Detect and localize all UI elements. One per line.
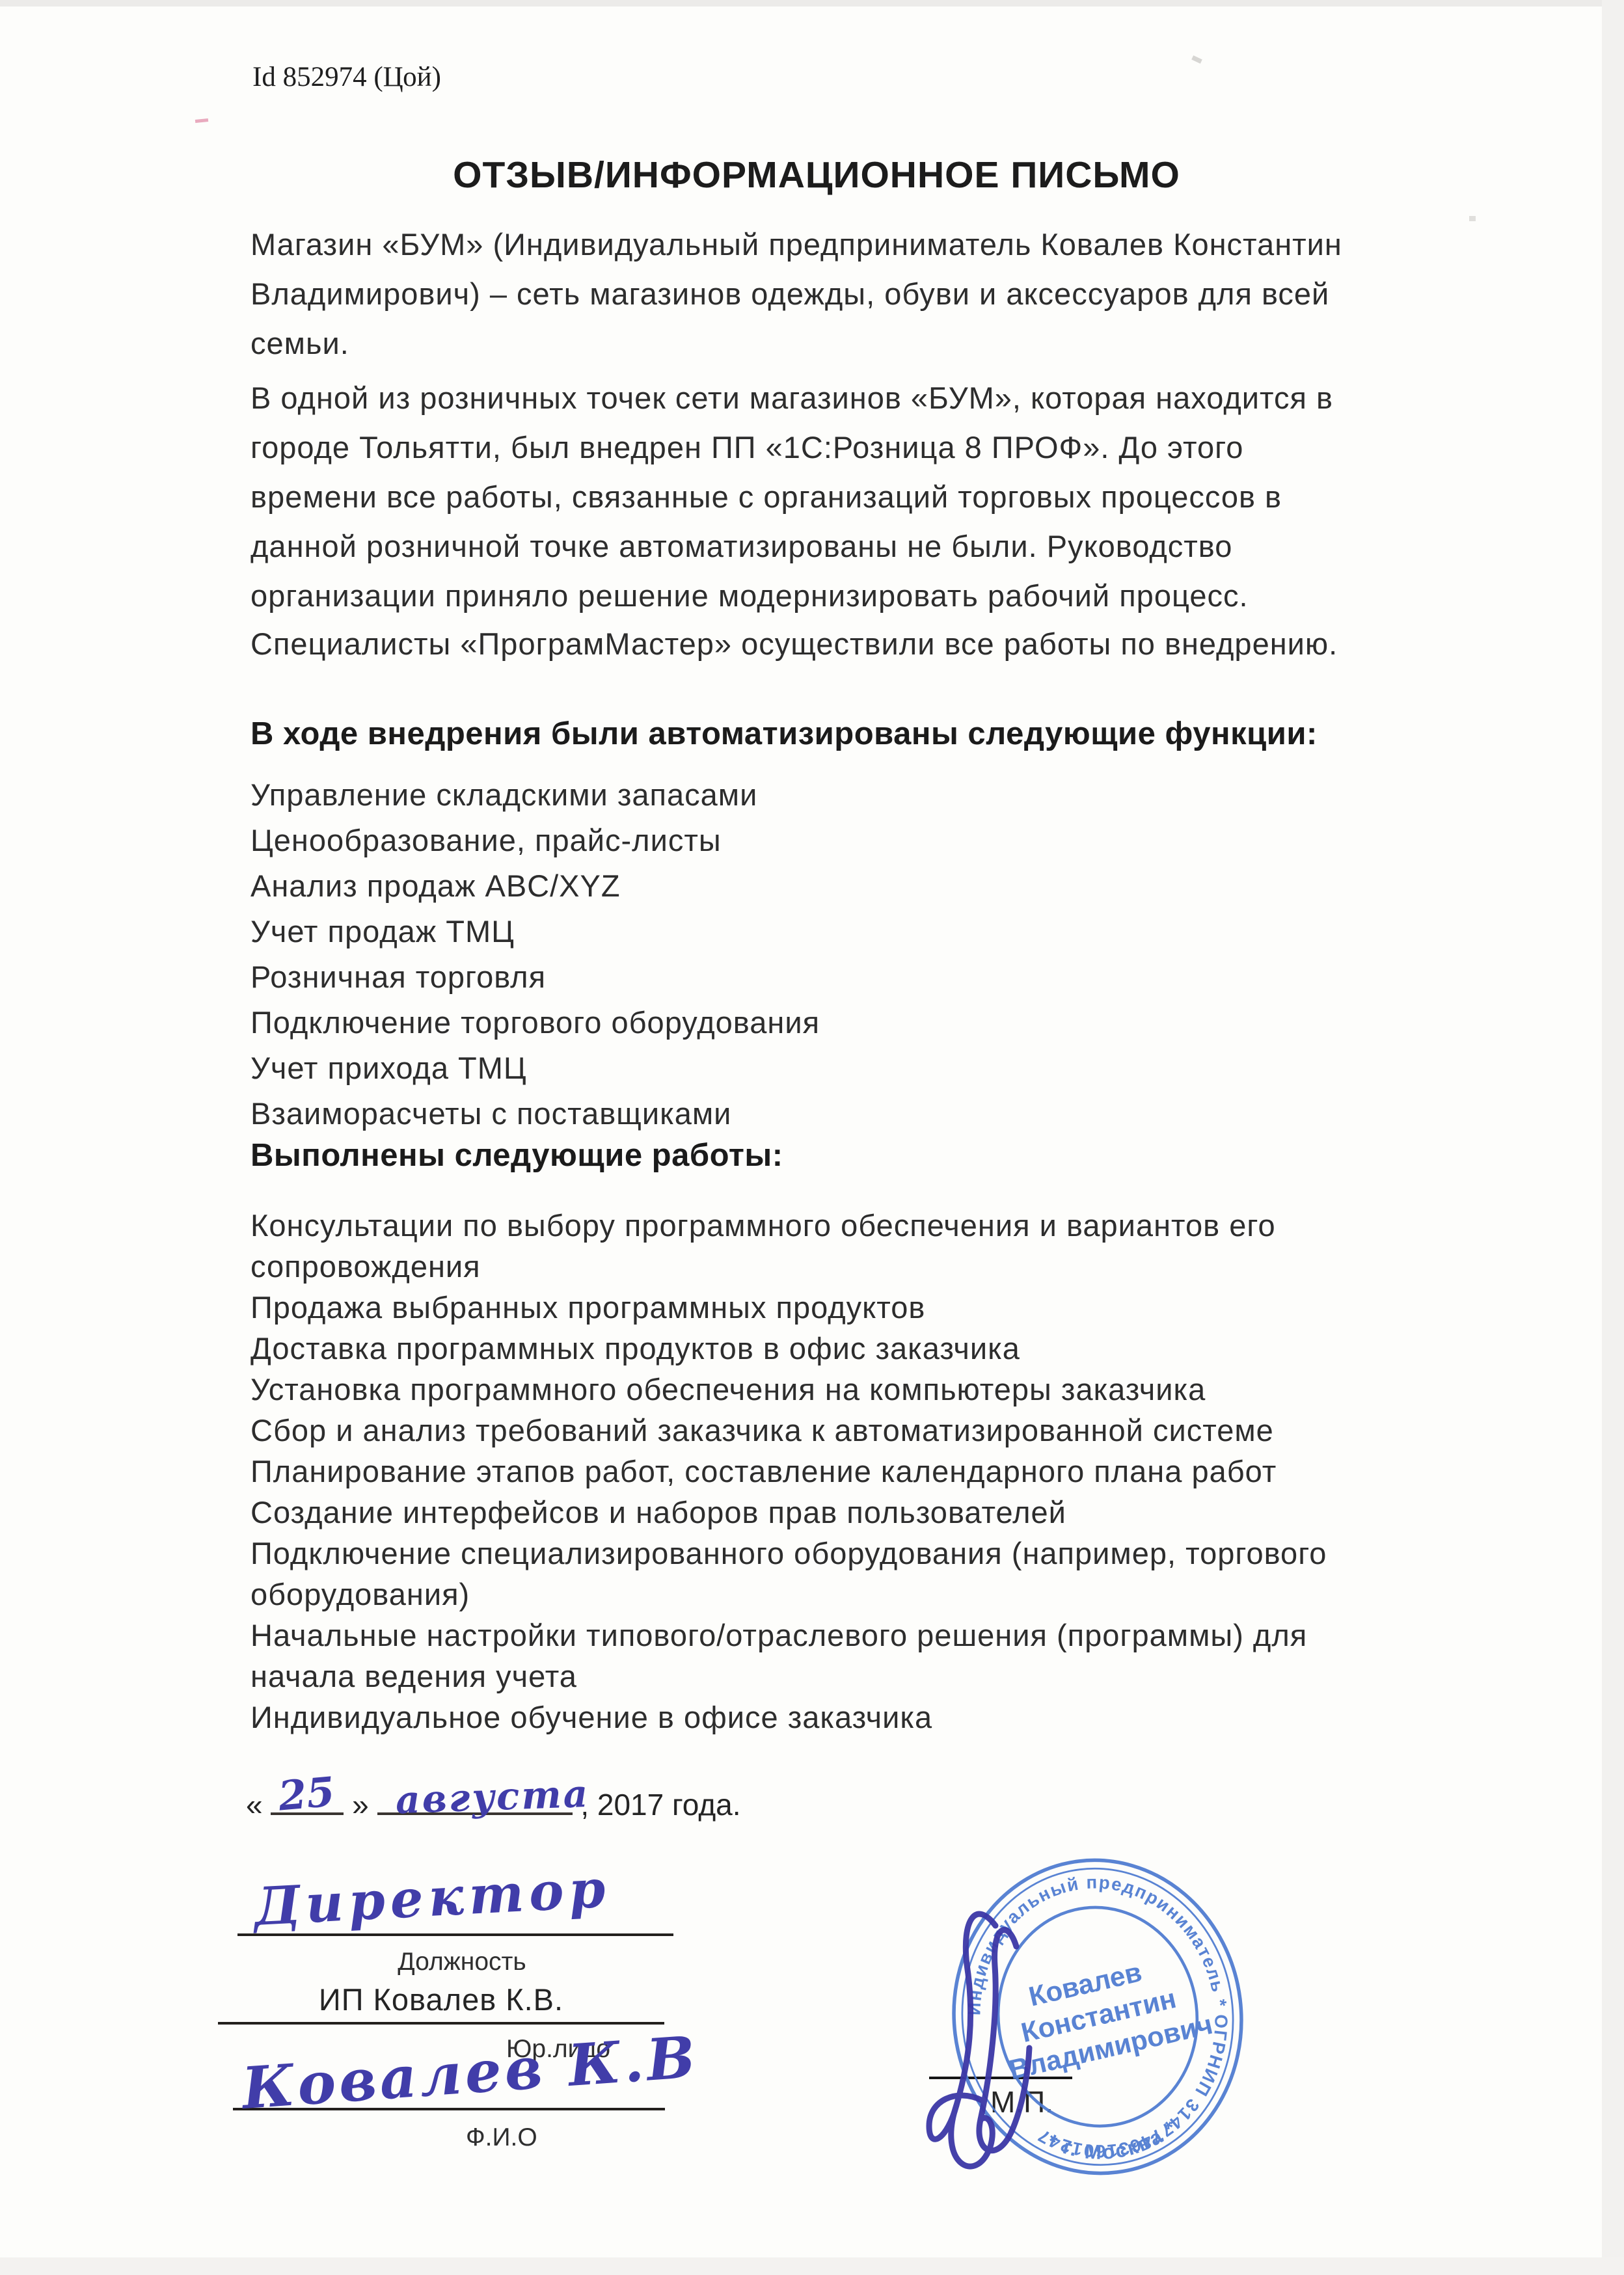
scan-artifact: [195, 118, 208, 123]
scan-edge-right: [1602, 0, 1624, 2275]
text-line: организации приняло решение модернизиров…: [250, 578, 1333, 627]
stamp-signature: [919, 1905, 1146, 2191]
works-list: Консультации по выбору программного обес…: [250, 1207, 1327, 1740]
text-line: Магазин «БУМ» (Индивидуальный предприним…: [250, 226, 1342, 276]
scan-edge-bottom: [0, 2257, 1624, 2275]
list-item: Консультации по выбору программного обес…: [250, 1207, 1327, 1248]
list-item: Управление складскими запасами: [250, 777, 820, 822]
list-item: Взаиморасчеты с поставщиками: [250, 1096, 820, 1141]
list-item: Подключение специализированного оборудов…: [250, 1535, 1327, 1576]
date-year-text: , 2017 года.: [580, 1788, 740, 1822]
signature-strokes: [919, 1905, 1146, 2191]
list-item: Подключение торгового оборудования: [250, 1004, 820, 1050]
text-line: городе Тольятти, был внедрен ПП «1С:Розн…: [250, 429, 1333, 479]
text-line: данной розничной точке автоматизированы …: [250, 528, 1333, 578]
handwritten-signature-name: Ковалев К.В: [240, 2023, 701, 2122]
document-title: ОТЗЫВ/ИНФОРМАЦИОННОЕ ПИСЬМО: [244, 154, 1389, 196]
list-item: Установка программного обеспечения на ко…: [250, 1371, 1327, 1412]
list-item: Начальные настройки типового/отраслевого…: [250, 1617, 1327, 1658]
handwritten-day: 25: [277, 1768, 336, 1820]
section-heading-works: Выполнены следующие работы:: [250, 1137, 783, 1174]
list-item: Продажа выбранных программных продуктов: [250, 1289, 1327, 1330]
list-item: начала ведения учета: [250, 1658, 1327, 1699]
list-item: Ценообразование, прайс-листы: [250, 822, 820, 868]
paragraph-implementation: В одной из розничных точек сети магазино…: [250, 380, 1333, 627]
fio-signature-line: Ковалев К.В: [233, 2061, 665, 2110]
paragraph-intro: Магазин «БУМ» (Индивидуальный предприним…: [250, 226, 1342, 375]
list-item: Создание интерфейсов и наборов прав поль…: [250, 1494, 1327, 1535]
list-item: Учет продаж ТМЦ: [250, 913, 820, 959]
date-quote-open: «: [246, 1788, 263, 1822]
position-signature-line: Директор: [237, 1868, 673, 1936]
list-item: Планирование этапов работ, составление к…: [250, 1453, 1327, 1494]
entity-line: ИП Ковалев К.В.: [218, 1976, 664, 2025]
document-id: Id 852974 (Цой): [252, 61, 441, 93]
position-label: Должность: [250, 1948, 673, 1976]
list-item: Розничная торговля: [250, 959, 820, 1004]
list-item: оборудования): [250, 1576, 1327, 1617]
scan-artifact: [1469, 216, 1476, 221]
paragraph-specialists: Специалисты «ПрограмМастер» осуществили …: [250, 626, 1338, 662]
list-item: Сбор и анализ требований заказчика к авт…: [250, 1412, 1327, 1453]
list-item: Индивидуальное обучение в офисе заказчик…: [250, 1699, 1327, 1740]
text-line: В одной из розничных точек сети магазино…: [250, 380, 1333, 429]
date-underline-month: августа: [377, 1776, 573, 1815]
text-line: семьи.: [250, 325, 1342, 375]
text-line: времени все работы, связанные с организа…: [250, 479, 1333, 528]
fio-label: Ф.И.О: [466, 2123, 537, 2152]
date-underline-day: 25: [271, 1776, 344, 1815]
list-item: Учет прихода ТМЦ: [250, 1050, 820, 1096]
text-line: Владимирович) – сеть магазинов одежды, о…: [250, 276, 1342, 325]
handwritten-position: Директор: [252, 1857, 612, 1937]
list-item: сопровождения: [250, 1248, 1327, 1289]
date-line: « 25 » августа , 2017 года.: [246, 1776, 741, 1822]
date-quote-close: »: [352, 1788, 369, 1822]
list-item: Доставка программных продуктов в офис за…: [250, 1330, 1327, 1371]
entity-value: ИП Ковалев К.В.: [319, 1982, 563, 2017]
handwritten-month: августа: [394, 1771, 589, 1822]
section-heading-functions: В ходе внедрения были автоматизированы с…: [250, 716, 1318, 752]
document-page: Id 852974 (Цой) ОТЗЫВ/ИНФОРМАЦИОННОЕ ПИС…: [0, 0, 1624, 2275]
scan-edge-top: [0, 0, 1624, 7]
functions-list: Управление складскими запасамиЦенообразо…: [250, 777, 820, 1141]
list-item: Анализ продаж ABC/XYZ: [250, 868, 820, 913]
scan-artifact: [1191, 55, 1202, 64]
